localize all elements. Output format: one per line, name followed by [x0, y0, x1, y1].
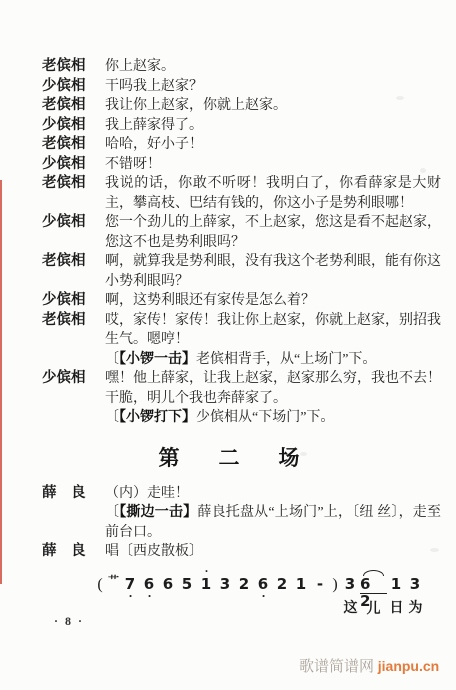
dialogue-line: 老傧相我说的话，你敢不听呀！我明白了，你看薛家是大财主，攀高枝、巴结有钱的，你这… [42, 174, 434, 213]
note-token: 3这 [341, 567, 360, 617]
text-segment: 不错呀！ [105, 157, 161, 172]
stage-direction: 〔【小锣打下】少傧相从“下场门”下。 [42, 408, 434, 428]
speaker-label: 少傧相 [42, 369, 94, 389]
speaker-label: 老傧相 [42, 174, 94, 194]
speaker-label: 少傧相 [42, 213, 94, 233]
speaker-label: 老傧相 [42, 135, 94, 155]
speaker-label: 少傧相 [42, 155, 94, 175]
text-segment: 少傧相从“下场门”下。 [196, 410, 334, 425]
stage-direction: 〔【小锣一击】老傧相背手，从“上场门”下。 [42, 350, 434, 370]
text-segment: 啊，就算我是势利眼，没有我这个老势利眼，能有你这 [105, 254, 441, 269]
watermark-site-name: 歌谱简谱网 [299, 659, 374, 675]
note-token: ( [95, 567, 106, 617]
note-glyph: 2 [239, 576, 250, 593]
line-text: 〔【撕边一击】薛良托盘从“上场门”上，〔纽 丝〕，走至前台口。 [105, 503, 434, 542]
note-token: ·1 [197, 567, 216, 617]
line-text: 我让你上赵家，你就上赵家。 [105, 96, 434, 116]
text-segment: 唱〔西皮散板〕 [105, 544, 203, 559]
line-text: 哎，家传！家传！我让你上赵家，你就上赵家，别招我生气。嗯哼！ [105, 311, 434, 350]
note-glyph: 6 2 [360, 576, 387, 594]
dialogue-line: 老傧相你上赵家。 [42, 57, 434, 77]
low-octave-dot: · [128, 593, 132, 600]
note-token: - [311, 567, 330, 617]
note-token: 6· [140, 567, 159, 617]
percussion-mark: 【小锣一击】 [119, 352, 196, 367]
note-glyph: 5 [182, 576, 193, 593]
text-segment: 我让你上赵家，你就上赵家。 [105, 98, 287, 113]
text-display-line: 〔【小锣打下】少傧相从“下场门”下。 [105, 408, 441, 428]
speaker-label: 老傧相 [42, 57, 94, 77]
text-display-line: 啊，这势利眼还有家传是怎么着？ [105, 291, 441, 311]
dialogue-line: 少傧相干吗我上赵家？ [42, 77, 434, 97]
dialogue-line: 薛 良唱〔西皮散板〕 [42, 542, 434, 562]
stage-direction: 〔【撕边一击】薛良托盘从“上场门”上，〔纽 丝〕，走至前台口。 [42, 503, 434, 542]
scan-edge-line [0, 180, 2, 584]
note-glyph: 3 [220, 576, 231, 593]
note-top-space [330, 567, 341, 576]
line-text: 〔【小锣一击】老傧相背手，从“上场门”下。 [105, 350, 434, 370]
note-token: 7· [121, 567, 140, 617]
dialogue-line: 老傧相啊，就算我是势利眼，没有我这个老势利眼，能有你这小势利眼吗？ [42, 252, 434, 291]
text-display-line: 干脆，明儿个我也奔薛家了。 [105, 389, 441, 409]
text-display-line: 嘿！他上薛家，让我上赵家，赵家那么穷，我也不去！ [105, 369, 441, 389]
script-lines: 老傧相你上赵家。少傧相干吗我上赵家？老傧相我让你上赵家，你就上赵家。少傧相我上薛… [42, 57, 434, 562]
text-segment: 主，攀高枝、巴结有钱的，你这小子是势利眼哪！ [105, 196, 413, 211]
text-segment: 生气。嗯哼！ [105, 332, 189, 347]
music-notation: (艹7·6·65·1326·21-)3这6 2儿1日3为 [95, 567, 434, 618]
text-display-line: 您这不也是势利眼吗？ [105, 233, 441, 253]
dialogue-line: 少傧相我上薛家得了。 [42, 116, 434, 136]
text-display-line: 我让你上赵家，你就上赵家。 [105, 96, 441, 116]
text-display-line: 我上薛家得了。 [105, 116, 441, 136]
line-text: 哈哈，好小子！ [105, 135, 434, 155]
dialogue-line: 少傧相嘿！他上薛家，让我上赵家，赵家那么穷，我也不去！干脆，明儿个我也奔薛家了。 [42, 369, 434, 408]
script-content: 老傧相你上赵家。少傧相干吗我上赵家？老傧相我让你上赵家，你就上赵家。少傧相我上薛… [42, 57, 434, 618]
text-segment: 〔 [105, 505, 119, 520]
note-glyph: - [317, 576, 324, 593]
text-display-line: 哎，家传！家传！我让你上赵家，你就上赵家，别招我 [105, 311, 441, 331]
text-display-line: （内）走哇！ [105, 484, 441, 504]
line-text: 啊，就算我是势利眼，没有我这个老势利眼，能有你这小势利眼吗？ [105, 252, 434, 291]
text-segment: 您这不也是势利眼吗？ [105, 235, 245, 250]
note-token: 2 [273, 567, 292, 617]
note-token: 1日 [387, 567, 406, 617]
speaker-label: 薛 良 [42, 484, 94, 504]
line-text: 干吗我上赵家？ [105, 77, 434, 97]
text-segment: 我上薛家得了。 [105, 118, 203, 133]
note-top-space [95, 567, 106, 576]
note-glyph: 6 [163, 576, 174, 593]
note-token: 6 2儿 [360, 567, 387, 618]
speaker-label: 老傧相 [42, 252, 94, 272]
note-token: 2 [235, 567, 254, 617]
note-glyph: ( [97, 576, 103, 593]
speaker-label: 薛 良 [42, 542, 94, 562]
scan-speck [420, 168, 426, 173]
note-token: ) [330, 567, 341, 617]
text-segment: 老傧相背手，从“上场门”下。 [196, 352, 376, 367]
note-glyph: 艹 [108, 572, 119, 589]
text-display-line: 主，攀高枝、巴结有钱的，你这小子是势利眼哪！ [105, 194, 441, 214]
line-text: （内）走哇！ [105, 484, 434, 504]
score-book-page: 老傧相你上赵家。少傧相干吗我上赵家？老傧相我让你上赵家，你就上赵家。少傧相我上薛… [0, 0, 456, 690]
line-text: 〔【小锣打下】少傧相从“下场门”下。 [105, 408, 434, 428]
page-number: · 8 · [54, 614, 84, 629]
line-text: 不错呀！ [105, 155, 434, 175]
dialogue-line: 薛 良（内）走哇！ [42, 484, 434, 504]
low-octave-dot: · [147, 593, 151, 600]
dialogue-line: 少傧相不错呀！ [42, 155, 434, 175]
note-token: 3 [216, 567, 235, 617]
watermark-site-url: jianpu.cn [378, 658, 439, 674]
note-token: 6 [159, 567, 178, 617]
note-lyric: 这 [344, 600, 358, 617]
text-segment: 薛良托盘从“上场门”上，〔纽 丝〕，走至 [197, 505, 441, 520]
note-glyph: ) [332, 576, 338, 593]
text-display-line: 干吗我上赵家？ [105, 77, 441, 97]
text-display-line: 前台口。 [105, 523, 441, 543]
note-glyph: 1 [296, 576, 307, 593]
text-display-line: 我说的话，你敢不听呀！我明白了，你看薛家是大财 [105, 174, 441, 194]
note-glyph: 1 [201, 576, 212, 593]
text-segment: 哈哈，好小子！ [105, 137, 203, 152]
text-display-line: 〔【撕边一击】薛良托盘从“上场门”上，〔纽 丝〕，走至 [105, 503, 441, 523]
note-token: 1 [292, 567, 311, 617]
note-glyph: 2 [277, 576, 288, 593]
watermark: 歌谱简谱网 jianpu.cn [299, 655, 439, 676]
scan-speck [300, 452, 307, 456]
text-display-line: 您一个劲儿的上薛家，不上赵家，您这是看不起赵家， [105, 213, 441, 233]
dialogue-line: 老傧相我让你上赵家，你就上赵家。 [42, 96, 434, 116]
text-segment: 您一个劲儿的上薛家，不上赵家，您这是看不起赵家， [105, 215, 441, 230]
note-token: 5 [178, 567, 197, 617]
note-token: 艹 [106, 567, 121, 617]
text-display-line: 啊，就算我是势利眼，没有我这个老势利眼，能有你这 [105, 252, 441, 272]
text-segment: 哎，家传！家传！我让你上赵家，你就上赵家，别招我 [105, 313, 441, 328]
speaker-label: 少傧相 [42, 116, 94, 136]
text-display-line: 哈哈，好小子！ [105, 135, 441, 155]
dialogue-line: 老傧相哈哈，好小子！ [42, 135, 434, 155]
note-lyric: 日 [390, 600, 404, 617]
text-segment: 啊，这势利眼还有家传是怎么着？ [105, 293, 315, 308]
line-text: 我上薛家得了。 [105, 116, 434, 136]
note-lyric: 儿 [367, 601, 381, 618]
text-display-line: 你上赵家。 [105, 57, 441, 77]
text-segment: 干脆，明儿个我也奔薛家了。 [105, 391, 287, 406]
line-text: 您一个劲儿的上薛家，不上赵家，您这是看不起赵家，您这不也是势利眼吗？ [105, 213, 434, 252]
speaker-label: 少傧相 [42, 77, 94, 97]
line-text: 嘿！他上薛家，让我上赵家，赵家那么穷，我也不去！干脆，明儿个我也奔薛家了。 [105, 369, 434, 408]
text-display-line: 小势利眼吗？ [105, 272, 441, 292]
dialogue-line: 少傧相啊，这势利眼还有家传是怎么着？ [42, 291, 434, 311]
text-display-line: 〔【小锣一击】老傧相背手，从“上场门”下。 [105, 350, 441, 370]
low-octave-dot: · [261, 593, 265, 600]
scan-speck [396, 96, 404, 100]
text-segment: 〔 [105, 352, 119, 367]
scene-heading: 第 二 场 [33, 445, 434, 471]
note-token: 3为 [406, 567, 425, 617]
line-text: 唱〔西皮散板〕 [105, 542, 434, 562]
line-text: 你上赵家。 [105, 57, 434, 77]
text-display-line: 不错呀！ [105, 155, 441, 175]
text-segment: 小势利眼吗？ [105, 274, 189, 289]
speaker-label: 少傧相 [42, 291, 94, 311]
text-segment: 我说的话，你敢不听呀！我明白了，你看薛家是大财 [105, 176, 441, 191]
note-glyph: 1 [391, 576, 402, 593]
text-display-line: 生气。嗯哼！ [105, 330, 441, 350]
text-display-line: 唱〔西皮散板〕 [105, 542, 441, 562]
line-text: 啊，这势利眼还有家传是怎么着？ [105, 291, 434, 311]
dialogue-line: 少傧相您一个劲儿的上薛家，不上赵家，您这是看不起赵家，您这不也是势利眼吗？ [42, 213, 434, 252]
text-segment: 前台口。 [105, 525, 161, 540]
text-segment: 你上赵家。 [105, 59, 175, 74]
line-text: 我说的话，你敢不听呀！我明白了，你看薛家是大财主，攀高枝、巴结有钱的，你这小子是… [105, 174, 434, 213]
note-glyph: 3 [410, 576, 421, 593]
scan-speck [430, 548, 439, 552]
percussion-mark: 【小锣打下】 [119, 410, 196, 425]
text-segment: 干吗我上赵家？ [105, 79, 203, 94]
text-segment: （内）走哇！ [105, 486, 189, 501]
speaker-label: 老傧相 [42, 96, 94, 116]
text-segment: 〔 [105, 410, 119, 425]
note-token: 6· [254, 567, 273, 617]
speaker-label: 老傧相 [42, 311, 94, 331]
dialogue-line: 老傧相哎，家传！家传！我让你上赵家，你就上赵家，别招我生气。嗯哼！ [42, 311, 434, 350]
percussion-mark: 【撕边一击】 [119, 505, 197, 520]
note-glyph: 3 [345, 576, 356, 593]
note-lyric: 为 [409, 600, 423, 617]
text-segment: 嘿！他上薛家，让我上赵家，赵家那么穷，我也不去！ [105, 371, 441, 386]
